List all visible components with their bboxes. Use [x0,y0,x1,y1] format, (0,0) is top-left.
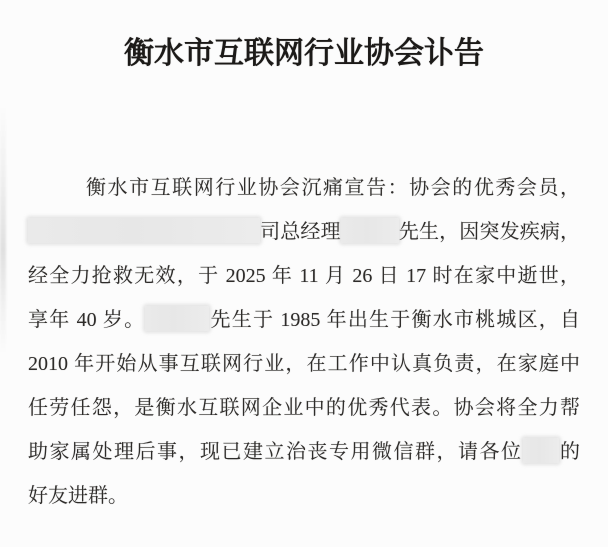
paragraph-line: 2010 年开始从事互联网行业，在工作中认真负责，在家庭中 [28,342,580,386]
redacted-text-blur [523,438,559,463]
text-segment: 2010 年开始从事互联网行业，在工作中认真负责，在家庭中 [28,353,580,375]
text-segment: 先生，因突发疾病， [399,221,580,243]
text-segment: 的 [559,441,581,463]
redacted-text-blur [28,218,260,243]
text-segment: 任劳任怨，是衡水互联网企业中的优秀代表。协会将全力帮 [28,397,580,419]
paragraph-line: 享年 40 岁。先生于 1985 年出生于衡水市桃城区，自 [28,298,580,342]
paragraph-line: 司总经理先生，因突发疾病， [28,210,580,254]
obituary-document-page: 衡水市互联网行业协会讣告 衡水市互联网行业协会沉痛宣告：协会的优秀会员，司总经理… [0,0,608,547]
paragraph-line: 助家属处理后事，现已建立治丧专用微信群，请各位的 [28,430,580,474]
text-segment: 衡水市互联网行业协会沉痛宣告：协会的优秀会员， [86,177,580,199]
text-segment: 先生于 1985 年出生于衡水市桃城区，自 [209,309,580,331]
text-segment: 司总经理 [260,221,341,243]
redacted-text-blur [341,218,399,243]
text-segment: 享年 40 岁。 [28,309,145,331]
paragraph-line: 任劳任怨，是衡水互联网企业中的优秀代表。协会将全力帮 [28,386,580,430]
text-segment: 助家属处理后事，现已建立治丧专用微信群，请各位 [28,441,523,463]
document-body: 衡水市互联网行业协会沉痛宣告：协会的优秀会员，司总经理先生，因突发疾病，经全力抢… [28,166,580,518]
redacted-text-blur [145,306,209,331]
paragraph-line: 经全力抢救无效，于 2025 年 11 月 26 日 17 时在家中逝世， [28,254,580,298]
text-segment: 经全力抢救无效，于 2025 年 11 月 26 日 17 时在家中逝世， [28,265,580,287]
paragraph-line: 衡水市互联网行业协会沉痛宣告：协会的优秀会员， [28,166,580,210]
document-title: 衡水市互联网行业协会讣告 [28,34,580,74]
paragraph-line: 好友进群。 [28,474,580,518]
scan-edge-shadow [0,105,6,355]
text-segment: 好友进群。 [28,485,128,507]
